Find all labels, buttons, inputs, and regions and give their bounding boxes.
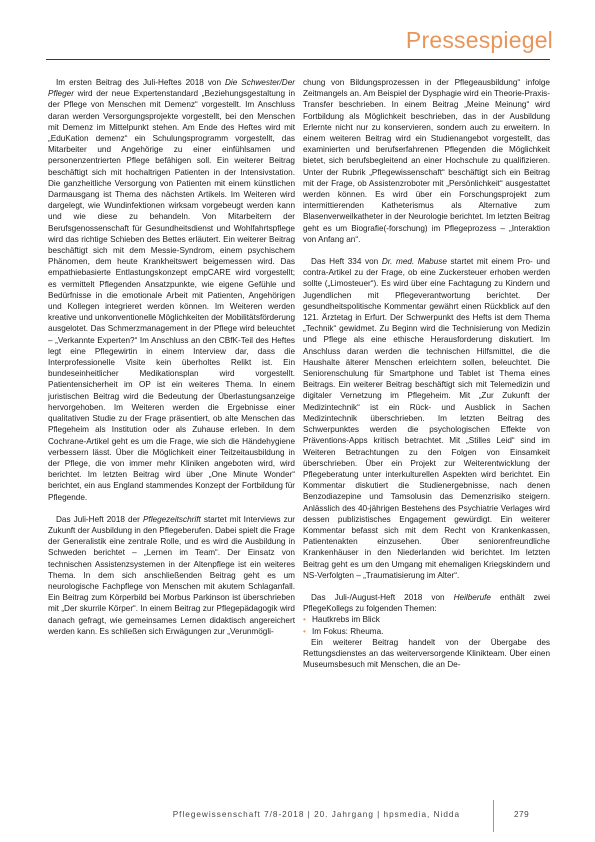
footer-divider [493,800,494,832]
header-divider-accent [480,59,550,60]
paragraph-mabuse: Das Heft 334 von Dr. med. Mabuse startet… [303,256,550,581]
journal-name: Heilberufe [454,593,491,602]
list-item: Im Fokus: Rheuma. [303,626,550,637]
header-divider [46,59,480,60]
section-title: Pressespiegel [406,27,553,54]
page-number: 279 [514,810,529,819]
paragraph-heilberufe: Das Juli-/August-Heft 2018 von Heilberuf… [303,592,550,614]
right-column: chung von Bildungsprozessen in der Pfleg… [303,77,550,670]
topic-list: Hautkrebs im Blick Im Fokus: Rheuma. [303,614,550,636]
list-item: Hautkrebs im Blick [303,614,550,625]
paragraph-pflegezeitschrift: Das Juli-Heft 2018 der Pflegezeitschrift… [48,514,295,637]
journal-name: Dr. med. Mabuse [382,257,447,266]
paragraph-heilberufe-cont: Ein weiterer Beitrag handelt von der Übe… [303,637,550,671]
left-column: Im ersten Beitrag des Juli-Heftes 2018 v… [48,77,295,637]
paragraph-die-schwester: Im ersten Beitrag des Juli-Heftes 2018 v… [48,77,295,503]
footer-citation: Pflegewissenschaft 7/8-2018 | 20. Jahrga… [160,810,460,819]
journal-name: Pflegezeitschrift [143,515,201,524]
paragraph-pflegezeitschrift-continued: chung von Bildungsprozessen in der Pfleg… [303,77,550,245]
